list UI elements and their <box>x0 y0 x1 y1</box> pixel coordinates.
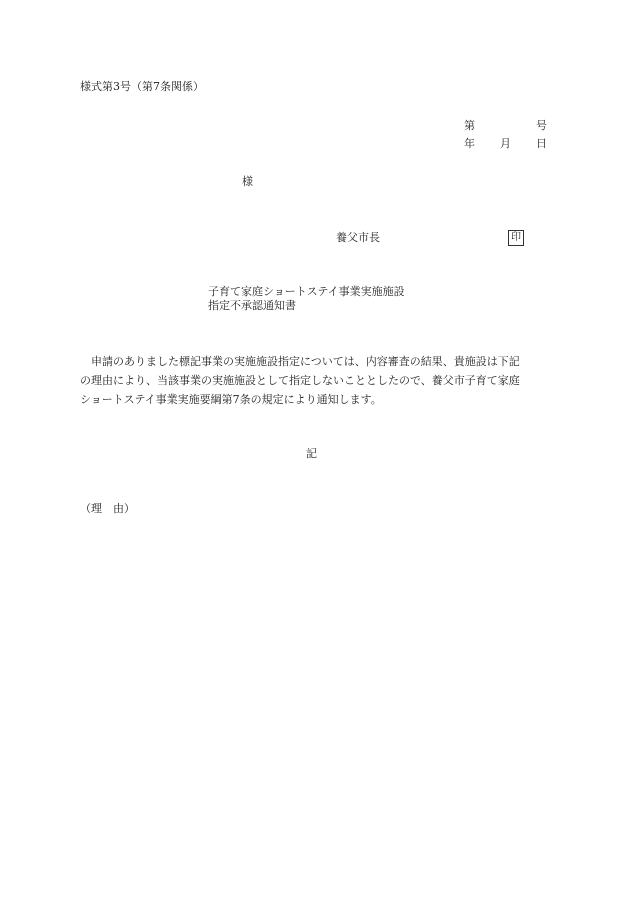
reason-label: （理 由） <box>80 503 135 514</box>
body-paragraph: 申請のありました標記事業の実施施設指定については、内容審査の結果、貴施設は下記 … <box>80 352 550 409</box>
date-month: 月 <box>500 138 511 149</box>
issuer-name: 養父市長 <box>336 232 380 243</box>
doc-number-prefix: 第 <box>464 120 475 131</box>
date-day: 日 <box>536 138 547 149</box>
document-title-line-2: 指定不承認通知書 <box>208 300 296 311</box>
ki-heading: 記 <box>306 448 317 459</box>
seal-stamp-icon: 印 <box>508 230 524 246</box>
form-number: 様式第3号（第7条関係） <box>80 81 204 92</box>
addressee-honorific: 様 <box>242 176 253 187</box>
doc-number-suffix: 号 <box>536 120 547 131</box>
body-line: の理由により、当該事業の実施施設として指定しないこととしたので、養父市子育て家庭 <box>80 371 550 390</box>
date-year: 年 <box>464 138 475 149</box>
body-line: ショートステイ事業実施要綱第7条の規定により通知します。 <box>80 390 550 409</box>
body-line: 申請のありました標記事業の実施施設指定については、内容審査の結果、貴施設は下記 <box>80 352 550 371</box>
document-title-line-1: 子育て家庭ショートステイ事業実施施設 <box>208 286 405 297</box>
